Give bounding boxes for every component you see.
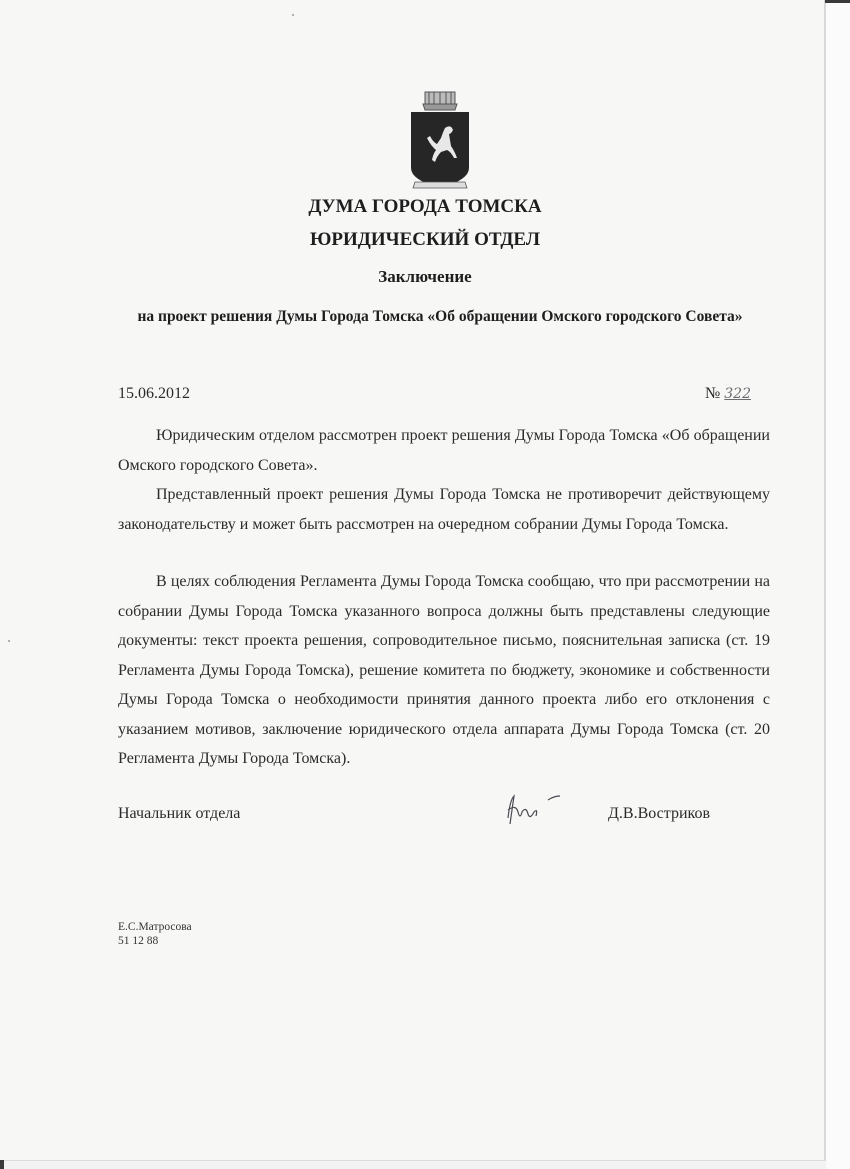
- number-value: 322: [724, 386, 751, 402]
- scan-speck: [8, 640, 10, 642]
- body-paragraph: Представленный проект решения Думы Город…: [118, 480, 770, 539]
- signatory-title: Начальник отдела: [118, 805, 240, 823]
- body-paragraph: В целях соблюдения Регламента Думы Город…: [118, 567, 770, 774]
- number-label: №: [705, 385, 720, 402]
- document-date: 15.06.2012: [118, 385, 190, 403]
- executor-phone: 51 12 88: [118, 934, 192, 948]
- scan-edge-mark: [0, 1160, 4, 1169]
- department-name: ЮРИДИЧЕСКИЙ ОТДЕЛ: [0, 229, 850, 251]
- scan-edge-mark: [825, 0, 850, 3]
- document-page: ДУМА ГОРОДА ТОМСКА ЮРИДИЧЕСКИЙ ОТДЕЛ Зак…: [0, 0, 826, 1161]
- scan-speck: [292, 14, 294, 16]
- scan-edge: [826, 0, 850, 1169]
- document-type: Заключение: [0, 267, 850, 287]
- organization-name: ДУМА ГОРОДА ТОМСКА: [0, 196, 850, 218]
- handwritten-signature-icon: [500, 790, 570, 830]
- executor-info: Е.С.Матросова 51 12 88: [118, 920, 192, 948]
- coat-of-arms-icon: [405, 88, 475, 196]
- executor-name: Е.С.Матросова: [118, 920, 192, 934]
- body-paragraph: Юридическим отделом рассмотрен проект ре…: [118, 421, 770, 480]
- document-number: №322: [705, 385, 751, 403]
- signatory-name: Д.В.Востриков: [608, 805, 710, 823]
- document-subject: на проект решения Думы Города Томска «Об…: [120, 306, 760, 327]
